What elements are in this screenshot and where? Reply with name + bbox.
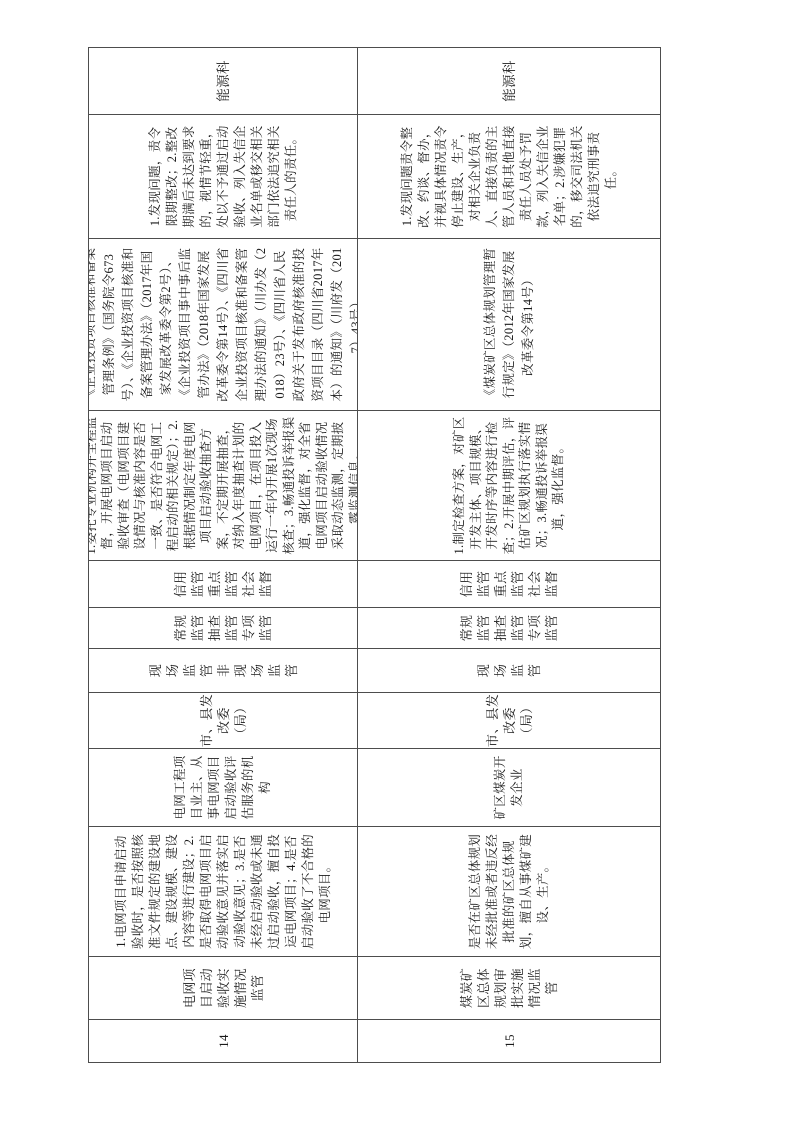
cell-mode-credit: 信用监管重点监管社会监督 <box>358 560 660 607</box>
cell-mode-onsite: 现场监管非现场监管 <box>89 648 357 692</box>
mode-routine-text: 常规监管抽查监管专项监管 <box>458 615 560 642</box>
authority-text: 市、县发 改委 （局） <box>198 694 249 747</box>
table-row-14: 14 电网项目启动验收实施情况监管 1.电网项目申请启动验收时，是否按照核准文件… <box>89 48 358 1062</box>
mode-onsite-text: 现场监管 <box>475 664 543 678</box>
target-text: 电网工程项目业主、从事电网项目启动验收评估服务的机构 <box>172 756 274 820</box>
cell-mode-onsite: 现场监管 <box>358 648 660 692</box>
seq-number: 14 <box>215 1034 232 1048</box>
cell-measures: 1.委托专业机构并全程监督，开展电网项目启动验收审查（电网项目建设情况与核准内容… <box>89 410 357 560</box>
mode-onsite-text: 现场监管非现场监管 <box>147 664 300 678</box>
cell-target: 电网工程项目业主、从事电网项目启动验收评估服务的机构 <box>89 748 357 826</box>
seq-number: 15 <box>501 1034 518 1048</box>
authority-text: 市、县发 改委 （局） <box>484 694 535 747</box>
cell-target: 矿区煤炭开发企业 <box>358 748 660 826</box>
cell-department: 能源科 <box>358 48 660 114</box>
cell-seq: 15 <box>358 1019 660 1062</box>
measures-text: 1.委托专业机构并全程监督，开展电网项目启动验收审查（电网项目建设情况与核准内容… <box>89 416 357 556</box>
cell-measures: 1.制定检查方案，对矿区开发主体、项目规模、开发时序等内容进行检查；2.开展中期… <box>358 410 660 560</box>
cell-basis: 《企业投资项目核准和备案管理条例》（国务院令673号）、《企业投资项目核准和备案… <box>89 238 357 410</box>
cell-item: 电网项目启动验收实施情况监管 <box>89 956 357 1019</box>
table-row-15: 15 煤炭矿区总体规划审批实施情况监管 是否在矿区总体规划未经批准或者违反经批准… <box>358 48 660 1062</box>
rotated-landscape-page: 14 电网项目启动验收实施情况监管 1.电网项目申请启动验收时，是否按照核准文件… <box>0 0 793 1121</box>
cell-item: 煤炭矿区总体规划审批实施情况监管 <box>358 956 660 1019</box>
basis-text: 《企业投资项目核准和备案管理条例》（国务院令673号）、《企业投资项目核准和备案… <box>89 245 357 405</box>
item-text: 电网项目启动验收实施情况监管 <box>181 967 266 1009</box>
cell-handling: 1.发现问题，责令限期整改；2.整改期满后未达到要求的，视情节轻重，处以不予通过… <box>89 114 357 238</box>
cell-basis: 《煤炭矿区总体规划管理暂行规定》（2012年国家发展改革委令第14号） <box>358 238 660 410</box>
content-text: 是否在矿区总体规划未经批准或者违反经批准的矿区总体规划，擅自从事煤矿建设、生产。 <box>467 831 552 953</box>
cell-content: 1.电网项目申请启动验收时，是否按照核准文件规定的建设地点、建设规模、建设内容等… <box>89 826 357 956</box>
handling-text: 1.发现问题责令整改、约谈、督办，并视具体情况责令停止建设、生产，对相关企业负责… <box>399 121 620 233</box>
content-text: 1.电网项目申请启动验收时，是否按照核准文件规定的建设地点、建设规模、建设内容等… <box>113 831 334 953</box>
supervision-matters-table: 14 电网项目启动验收实施情况监管 1.电网项目申请启动验收时，是否按照核准文件… <box>88 47 661 1063</box>
mode-credit-text: 信用监管重点监管社会监督 <box>458 571 560 598</box>
basis-text: 《煤炭矿区总体规划管理暂行规定》（2012年国家发展改革委令第14号） <box>481 245 538 405</box>
mode-credit-text: 信用监管重点监管社会监督 <box>172 571 274 598</box>
measures-text: 1.制定检查方案，对矿区开发主体、项目规模、开发时序等内容进行检查；2.开展中期… <box>451 416 567 556</box>
mode-routine-text: 常规监管抽查监管专项监管 <box>172 615 274 642</box>
cell-content: 是否在矿区总体规划未经批准或者违反经批准的矿区总体规划，擅自从事煤矿建设、生产。 <box>358 826 660 956</box>
cell-handling: 1.发现问题责令整改、约谈、督办，并视具体情况责令停止建设、生产，对相关企业负责… <box>358 114 660 238</box>
item-text: 煤炭矿区总体规划审批实施情况监管 <box>458 967 560 1009</box>
department-text: 能源科 <box>501 60 518 101</box>
cell-mode-routine: 常规监管抽查监管专项监管 <box>89 607 357 648</box>
scanned-document-page: { "colors": { "border": "#4d4d4d", "text… <box>0 0 793 1121</box>
target-text: 矿区煤炭开发企业 <box>492 756 526 820</box>
cell-department: 能源科 <box>89 48 357 114</box>
cell-mode-routine: 常规监管抽查监管专项监管 <box>358 607 660 648</box>
handling-text: 1.发现问题，责令限期整改；2.整改期满后未达到要求的，视情节轻重，处以不予通过… <box>147 121 300 233</box>
cell-authority: 市、县发 改委 （局） <box>358 692 660 748</box>
cell-mode-credit: 信用监管重点监管社会监督 <box>89 560 357 607</box>
cell-authority: 市、县发 改委 （局） <box>89 692 357 748</box>
cell-seq: 14 <box>89 1019 357 1062</box>
department-text: 能源科 <box>215 60 232 101</box>
